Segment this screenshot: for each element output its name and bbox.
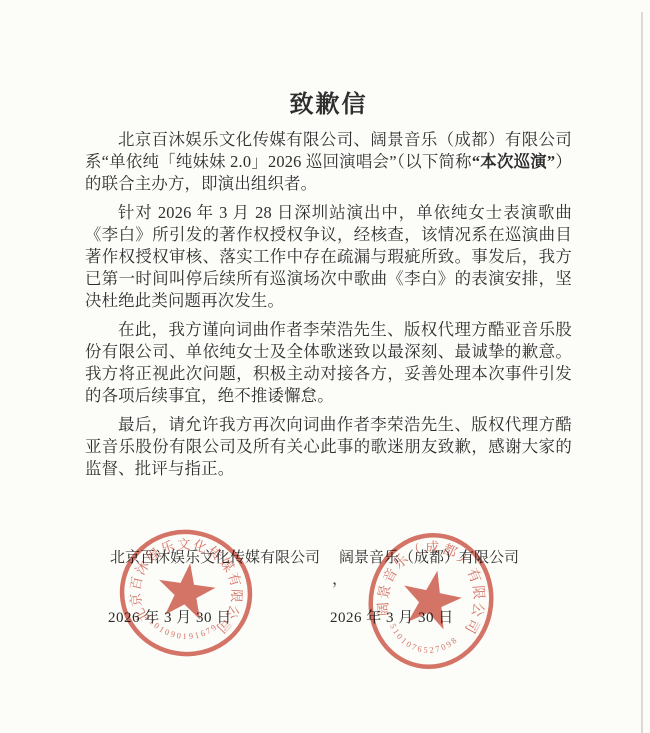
letter-title-text: 致歉信	[290, 92, 368, 118]
apology-letter-page: 致歉信 北京百沐娱乐文化传媒有限公司、阔景音乐（成都）有限公司系“单依纯「纯妹妹…	[0, 0, 650, 733]
p1-bold-tour-abbreviation: “本次巡演”	[472, 152, 556, 171]
paragraph-incident-explanation: 针对 2026 年 3 月 28 日深圳站演出中，单依纯女士表演歌曲《李白》所引…	[85, 202, 572, 312]
paragraph-apology-statement: 在此，我方谨向词曲作者李荣浩先生、版权代理方酷亚音乐股份有限公司、单依纯女士及全…	[85, 319, 572, 407]
letter-body: 北京百沐娱乐文化传媒有限公司、阔景音乐（成都）有限公司系“单依纯「纯妹妹 2.0…	[85, 129, 572, 487]
scan-page-edge	[641, 12, 643, 733]
seal-serial-number: 1101090191679	[141, 611, 221, 646]
letter-title: 致歉信	[85, 84, 572, 119]
seal-star-icon	[154, 559, 218, 621]
paragraph-closing-thanks: 最后，请允许我方再次向词曲作者李荣浩先生、版权代理方酷亚音乐股份有限公司及所有关…	[85, 414, 572, 480]
stray-comma-mark: ，	[332, 566, 348, 589]
seal-star-icon	[397, 565, 466, 632]
company-seal-left: 北京百沐娱乐文化传媒有限公司 1101090191679	[101, 508, 270, 677]
company-seal-right: 阔景音乐（成都）有限公司 5101076527098	[342, 512, 520, 690]
paragraph-organizer-intro: 北京百沐娱乐文化传媒有限公司、阔景音乐（成都）有限公司系“单依纯「纯妹妹 2.0…	[85, 129, 572, 195]
